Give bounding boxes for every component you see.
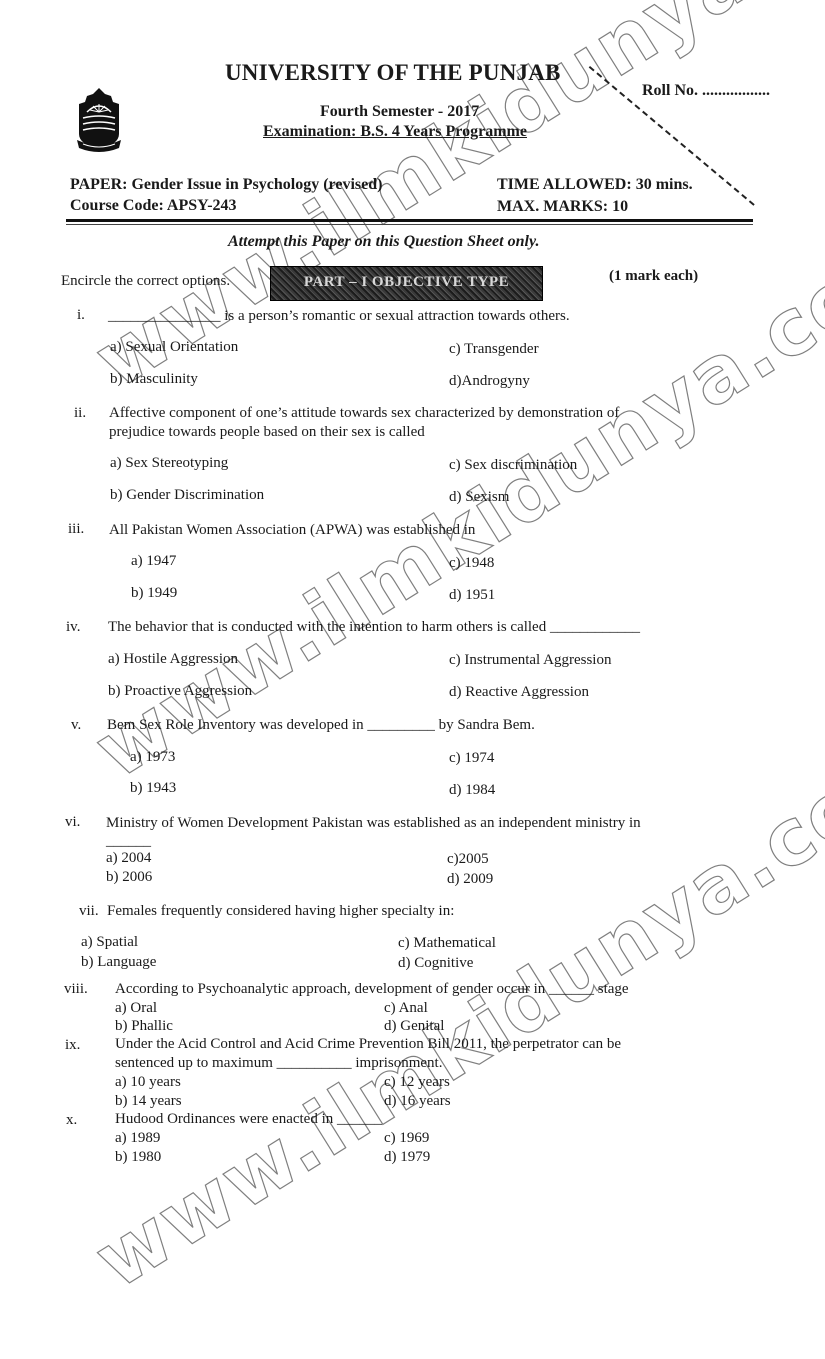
option-c[interactable]: c) 1974 bbox=[449, 750, 494, 767]
question-text: Under the Acid Control and Acid Crime Pr… bbox=[115, 1036, 621, 1053]
option-a[interactable]: a) Sexual Orientation bbox=[110, 339, 238, 356]
question-blank: ______ bbox=[106, 833, 151, 850]
option-c[interactable]: c) 1948 bbox=[449, 555, 494, 572]
option-a[interactable]: a) 2004 bbox=[106, 850, 151, 867]
option-d[interactable]: d) Reactive Aggression bbox=[449, 684, 589, 701]
option-c[interactable]: c) Instrumental Aggression bbox=[449, 652, 611, 669]
question-text: Affective component of one’s attitude to… bbox=[109, 405, 619, 422]
question-text: The behavior that is conducted with the … bbox=[108, 619, 640, 636]
question-number: i. bbox=[77, 307, 85, 324]
option-c[interactable]: c) 12 years bbox=[384, 1074, 450, 1091]
question-number: vii. bbox=[79, 903, 99, 920]
option-a[interactable]: a) Sex Stereotyping bbox=[110, 455, 228, 472]
option-b[interactable]: b) 1943 bbox=[130, 780, 176, 797]
option-d[interactable]: d) Sexism bbox=[449, 489, 509, 506]
time-allowed: TIME ALLOWED: 30 mins. bbox=[497, 176, 693, 194]
option-b[interactable]: b) 1980 bbox=[115, 1149, 161, 1166]
question-number: v. bbox=[71, 717, 81, 734]
question-number: iv. bbox=[66, 619, 80, 636]
question-number: iii. bbox=[68, 521, 84, 538]
option-b[interactable]: b) Proactive Aggression bbox=[108, 683, 252, 700]
option-a[interactable]: a) Oral bbox=[115, 1000, 157, 1017]
max-marks: MAX. MARKS: 10 bbox=[497, 198, 628, 216]
option-a[interactable]: a) 10 years bbox=[115, 1074, 181, 1091]
question-text: Hudood Ordinances were enacted in ______ bbox=[115, 1111, 382, 1128]
option-a[interactable]: a) 1989 bbox=[115, 1130, 160, 1147]
option-a[interactable]: a) Hostile Aggression bbox=[108, 651, 238, 668]
course-code: Course Code: APSY-243 bbox=[70, 197, 237, 215]
option-b[interactable]: b) Phallic bbox=[115, 1018, 173, 1035]
question-number: viii. bbox=[64, 981, 88, 998]
option-d[interactable]: d) 1984 bbox=[449, 782, 495, 799]
question-number: x. bbox=[66, 1112, 77, 1129]
question-text: According to Psychoanalytic approach, de… bbox=[115, 981, 629, 998]
question-number: vi. bbox=[65, 814, 80, 831]
question-text: _______________ is a person’s romantic o… bbox=[108, 308, 570, 325]
question-text: Females frequently considered having hig… bbox=[107, 903, 454, 920]
watermark: www.ilmkidunya.com bbox=[80, 715, 825, 1306]
question-number: ix. bbox=[65, 1037, 80, 1054]
question-text: All Pakistan Women Association (APWA) wa… bbox=[109, 522, 475, 539]
examination-label: Examination: B.S. 4 Years Programme bbox=[263, 123, 527, 141]
question-text: Ministry of Women Development Pakistan w… bbox=[106, 815, 641, 832]
option-b[interactable]: b) 2006 bbox=[106, 869, 152, 886]
question-text: sentenced up to maximum __________ impri… bbox=[115, 1055, 442, 1072]
semester-label: Fourth Semester - 2017 bbox=[320, 103, 479, 121]
header-divider bbox=[66, 224, 753, 225]
option-b[interactable]: b) Gender Discrimination bbox=[110, 487, 264, 504]
encircle-instruction: Encircle the correct options. bbox=[61, 273, 230, 290]
option-c[interactable]: c)2005 bbox=[447, 851, 489, 868]
university-title: UNIVERSITY OF THE PUNJAB bbox=[225, 60, 561, 86]
option-b[interactable]: b) 14 years bbox=[115, 1093, 182, 1110]
option-d[interactable]: d) Genital bbox=[384, 1018, 444, 1035]
instruction-text: Attempt this Paper on this Question Shee… bbox=[228, 233, 539, 251]
option-c[interactable]: c) Mathematical bbox=[398, 935, 496, 952]
option-d[interactable]: d) Cognitive bbox=[398, 955, 473, 972]
option-b[interactable]: b) Masculinity bbox=[110, 371, 198, 388]
university-crest-icon bbox=[73, 86, 125, 154]
option-d[interactable]: d) 16 years bbox=[384, 1093, 451, 1110]
question-text: Bem Sex Role Inventory was developed in … bbox=[107, 717, 535, 734]
option-a[interactable]: a) 1947 bbox=[131, 553, 176, 570]
option-a[interactable]: a) 1973 bbox=[130, 749, 175, 766]
option-c[interactable]: c) Sex discrimination bbox=[449, 457, 577, 474]
option-c[interactable]: c) Transgender bbox=[449, 341, 539, 358]
marks-each-label: (1 mark each) bbox=[609, 268, 698, 285]
option-d[interactable]: d)Androgyny bbox=[449, 373, 530, 390]
question-number: ii. bbox=[74, 405, 86, 422]
paper-title: PAPER: Gender Issue in Psychology (revis… bbox=[70, 176, 382, 194]
option-a[interactable]: a) Spatial bbox=[81, 934, 138, 951]
question-text: prejudice towards people based on their … bbox=[109, 424, 425, 441]
roll-number-field: Roll No. ................. bbox=[642, 82, 770, 100]
option-c[interactable]: c) Anal bbox=[384, 1000, 428, 1017]
option-c[interactable]: c) 1969 bbox=[384, 1130, 429, 1147]
option-d[interactable]: d) 1951 bbox=[449, 587, 495, 604]
option-b[interactable]: b) 1949 bbox=[131, 585, 177, 602]
option-d[interactable]: d) 2009 bbox=[447, 871, 493, 888]
option-b[interactable]: b) Language bbox=[81, 954, 156, 971]
option-d[interactable]: d) 1979 bbox=[384, 1149, 430, 1166]
header-divider bbox=[66, 219, 753, 222]
part-title-box: PART – I OBJECTIVE TYPE bbox=[270, 266, 543, 301]
